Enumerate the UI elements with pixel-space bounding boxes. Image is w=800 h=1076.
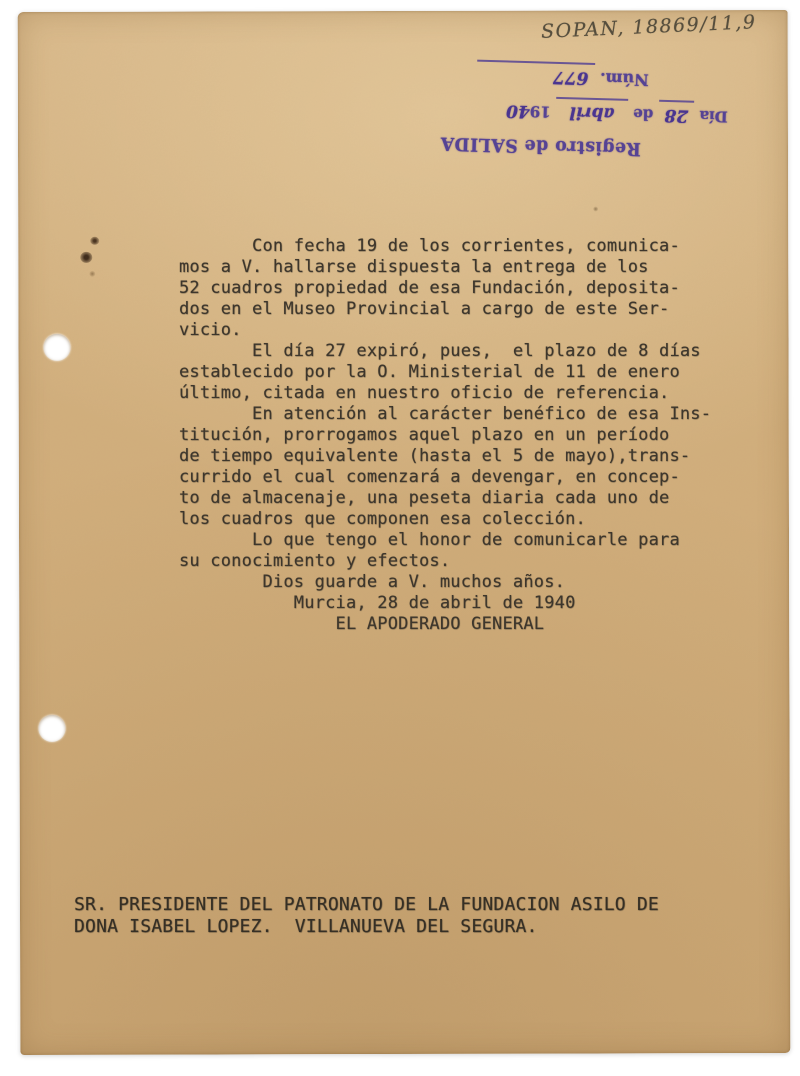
text-line: vicio. — [179, 320, 711, 341]
stamp-num-value: 677 — [547, 64, 595, 91]
text-line: Con fecha 19 de los corrientes, comunica… — [179, 236, 711, 257]
punch-hole-top — [43, 334, 70, 361]
text-line: su conocimiento y efectos. — [179, 551, 711, 572]
text-line: los cuadros que componen esa colección. — [179, 509, 711, 530]
stamp-date-line: Día 28 de abril 1940 — [459, 94, 728, 129]
text-line: currido el cual comenzará a devengar, en… — [179, 467, 711, 488]
text-line: Murcia, 28 de abril de 1940 — [179, 593, 711, 614]
text-line: titución, prorrogamos aquel plazo en un … — [179, 425, 711, 446]
text-line: SR. PRESIDENTE DEL PATRONATO DE LA FUNDA… — [74, 894, 659, 916]
ink-speck — [89, 271, 95, 277]
text-line: 52 cuadros propiedad de esa Fundación, d… — [179, 278, 711, 299]
text-line: En atención al carácter benéfico de esa … — [179, 404, 711, 425]
text-line: Lo que tengo el honor de comunicarle par… — [179, 530, 711, 551]
recipient-address: SR. PRESIDENTE DEL PATRONATO DE LA FUNDA… — [74, 894, 659, 937]
registry-exit-stamp: Registro de SALIDA Día 28 de abril 1940 … — [458, 46, 733, 166]
stamp-year-value: 40 — [506, 97, 532, 124]
stamp-de-label: de — [633, 105, 654, 124]
ink-speck — [90, 237, 99, 245]
letter-body: Con fecha 19 de los corrientes, comunica… — [179, 236, 711, 635]
text-line: dos en el Museo Provincial a cargo de es… — [179, 299, 711, 320]
stamp-title: Registro de SALIDA — [466, 128, 641, 163]
ink-speck — [593, 206, 598, 211]
stamp-day-value: 28 — [658, 102, 694, 129]
text-line: El día 27 expiró, pues, el plazo de 8 dí… — [179, 341, 711, 362]
ink-speck — [80, 252, 92, 263]
text-line: último, citada en nuestro oficio de refe… — [179, 383, 711, 404]
stamp-num-underline: 677 — [476, 60, 595, 91]
stamp-month-value: abril — [563, 99, 620, 127]
text-line: DONA ISABEL LOPEZ. VILLANUEVA DEL SEGURA… — [74, 916, 659, 938]
punch-hole-bottom — [38, 715, 65, 742]
text-line: Dios guarde a V. muchos años. — [179, 572, 711, 593]
stamp-dia-label: Día — [699, 107, 728, 126]
text-line: de tiempo equivalente (hasta el 5 de may… — [179, 446, 711, 467]
stamp-month-underline: abril — [556, 97, 629, 127]
stamp-num-label: Núm. — [600, 69, 649, 89]
stamp-day-underline: 28 — [658, 100, 694, 129]
text-line: EL APODERADO GENERAL — [179, 614, 711, 635]
stamp-year-prefix: 19 — [530, 102, 551, 121]
stamp-number-line: Núm. 677 — [460, 59, 649, 92]
text-line: mos a V. hallarse dispuesta la entrega d… — [179, 257, 711, 278]
text-line: establecido por la O. Ministerial de 11 … — [179, 362, 711, 383]
text-line: to de almacenaje, una peseta diaria cada… — [179, 488, 711, 509]
